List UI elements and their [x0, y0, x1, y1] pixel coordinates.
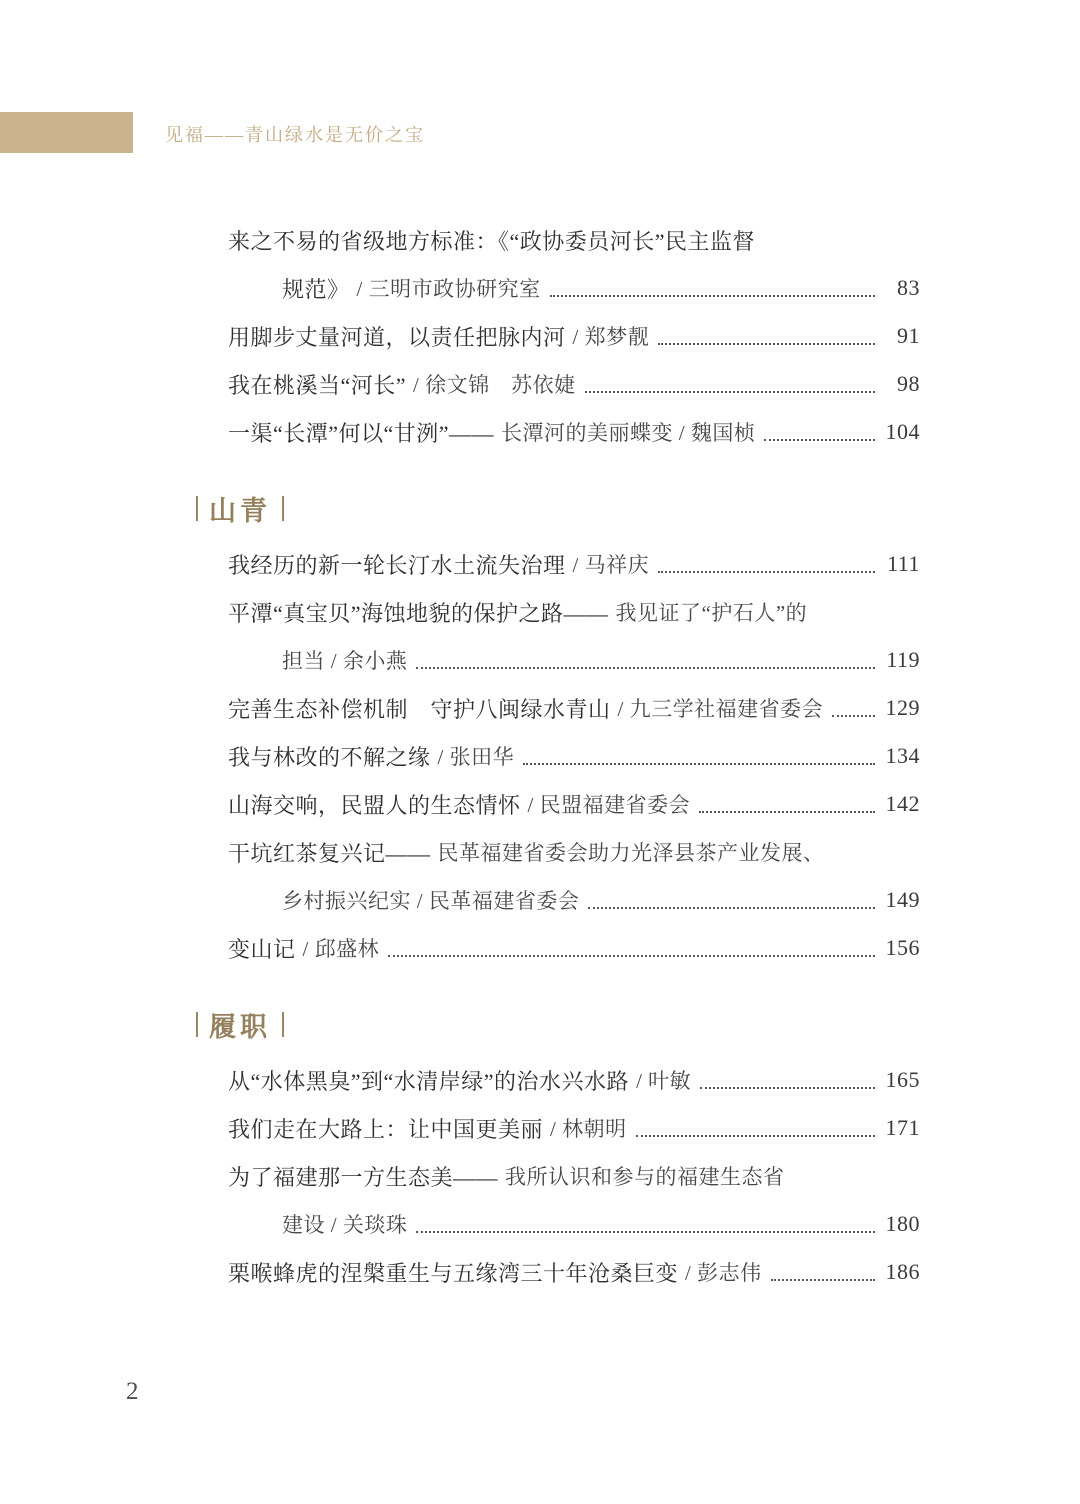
entry-page-number: 104: [880, 419, 920, 445]
entry-author-text: / 马祥庆: [573, 549, 650, 579]
entry-page-number: 129: [880, 695, 920, 721]
entry-page-number: 83: [880, 275, 920, 301]
toc-entry-line: 干坑红茶复兴记——民革福建省委会助力光泽县茶产业发展、: [228, 828, 920, 876]
entry-title-text: 完善生态补偿机制 守护八闽绿水青山: [228, 693, 611, 724]
entry-title-text: 我经历的新一轮长汀水土流失治理: [228, 549, 566, 580]
entry-page-number: 149: [880, 887, 920, 913]
entry-title-text: 平潭“真宝贝”海蚀地貌的保护之路——: [228, 597, 609, 628]
entry-page-number: 134: [880, 743, 920, 769]
toc-entry-line: 山海交响，民盟人的生态情怀/ 民盟福建省委会142: [228, 780, 920, 828]
entry-title-text: 干坑红茶复兴记——: [228, 837, 431, 868]
entry-author-text: / 三明市政协研究室: [357, 273, 541, 303]
dotted-leader: [658, 556, 875, 573]
entry-title-text: 来之不易的省级地方标准：《“政协委员河长”民主监督: [228, 225, 755, 256]
section-marker-bar: [282, 1012, 284, 1037]
entry-author-text: / 徐文锦 苏依婕: [413, 369, 576, 399]
toc-entry-line: 变山记/ 邱盛林156: [228, 924, 920, 972]
entry-page-number: 186: [880, 1259, 920, 1285]
dotted-leader: [771, 1264, 875, 1281]
entry-author-text: / 叶敏: [636, 1065, 691, 1095]
entry-author-text: / 林朝明: [550, 1113, 627, 1143]
toc-entry-line: 用脚步丈量河道，以责任把脉内河/ 郑梦靓91: [228, 312, 920, 360]
entry-title-text: 我与林改的不解之缘: [228, 741, 431, 772]
toc-entry-line: 栗喉蜂虎的涅槃重生与五缘湾三十年沧桑巨变/ 彭志伟186: [228, 1248, 920, 1296]
entry-author-text: / 郑梦靓: [573, 321, 650, 351]
entry-author-text: / 九三学社福建省委会: [618, 693, 824, 723]
entry-author-text: 我所认识和参与的福建生态省: [505, 1161, 785, 1191]
entry-title-text: 我们走在大路上：让中国更美丽: [228, 1113, 543, 1144]
entry-author-text: / 张田华: [438, 741, 515, 771]
entry-page-number: 98: [880, 371, 920, 397]
entry-title-text: 从“水体黑臭”到“水清岸绿”的治水兴水路: [228, 1065, 629, 1096]
section-marker-bar: [196, 496, 198, 521]
entry-author-text: 乡村振兴纪实 / 民革福建省委会: [282, 885, 579, 915]
dotted-leader: [416, 1216, 875, 1233]
dotted-leader: [764, 424, 875, 441]
dotted-leader: [416, 652, 875, 669]
entry-author-text: / 民盟福建省委会: [528, 789, 691, 819]
entry-author-text: 建设 / 关琰珠: [282, 1209, 407, 1239]
entry-page-number: 119: [880, 647, 920, 673]
dotted-leader: [388, 940, 875, 957]
section-title: 山青: [209, 489, 271, 528]
toc-entry-line: 我经历的新一轮长汀水土流失治理/ 马祥庆111: [228, 540, 920, 588]
toc-entry-line: 为了福建那一方生态美——我所认识和参与的福建生态省: [228, 1152, 920, 1200]
toc-entry-line: 我在桃溪当“河长”/ 徐文锦 苏依婕98: [228, 360, 920, 408]
toc-entry-line: 完善生态补偿机制 守护八闽绿水青山/ 九三学社福建省委会129: [228, 684, 920, 732]
entry-author-text: / 邱盛林: [303, 933, 380, 963]
entry-title-text: 规范》: [282, 273, 350, 304]
section-header: 履职: [193, 1000, 920, 1048]
section-marker-bar: [282, 496, 284, 521]
toc-entry-line: 我们走在大路上：让中国更美丽/ 林朝明171: [228, 1104, 920, 1152]
header-decoration-block: [0, 112, 133, 153]
entry-page-number: 91: [880, 323, 920, 349]
dotted-leader: [636, 1120, 875, 1137]
toc-entry-line: 乡村振兴纪实 / 民革福建省委会149: [228, 876, 920, 924]
section-title: 履职: [209, 1005, 271, 1044]
toc-entry-line: 担当 / 余小燕119: [228, 636, 920, 684]
dotted-leader: [700, 1072, 875, 1089]
entry-title-text: 山海交响，民盟人的生态情怀: [228, 789, 521, 820]
toc-entry-line: 我与林改的不解之缘/ 张田华134: [228, 732, 920, 780]
entry-author-text: 民革福建省委会助力光泽县茶产业发展、: [438, 837, 825, 867]
toc-entry-line: 从“水体黑臭”到“水清岸绿”的治水兴水路/ 叶敏165: [228, 1056, 920, 1104]
dotted-leader: [585, 376, 875, 393]
entry-page-number: 165: [880, 1067, 920, 1093]
entry-page-number: 156: [880, 935, 920, 961]
entry-author-text: 我见证了“护石人”的: [616, 597, 808, 627]
entry-author-text: 长潭河的美丽蝶变 / 魏国桢: [501, 417, 755, 447]
entry-author-text: / 彭志伟: [685, 1257, 762, 1287]
dotted-leader: [658, 328, 875, 345]
entry-author-text: 担当 / 余小燕: [282, 645, 407, 675]
dotted-leader: [550, 280, 875, 297]
dotted-leader: [832, 700, 875, 717]
entry-page-number: 111: [880, 551, 920, 577]
section-header: 山青: [193, 484, 920, 532]
entry-title-text: 为了福建那一方生态美——: [228, 1161, 498, 1192]
toc-entry-line: 来之不易的省级地方标准：《“政协委员河长”民主监督: [228, 216, 920, 264]
toc-entry-line: 一渠“长潭”何以“甘洌”——长潭河的美丽蝶变 / 魏国桢104: [228, 408, 920, 456]
section-marker-bar: [196, 1012, 198, 1037]
entry-title-text: 用脚步丈量河道，以责任把脉内河: [228, 321, 566, 352]
entry-title-text: 一渠“长潭”何以“甘洌”——: [228, 417, 494, 448]
toc-entry-line: 规范》/ 三明市政协研究室83: [228, 264, 920, 312]
book-toc-page: 见福——青山绿水是无价之宝 来之不易的省级地方标准：《“政协委员河长”民主监督规…: [0, 0, 1080, 1504]
entry-page-number: 180: [880, 1211, 920, 1237]
entry-title-text: 栗喉蜂虎的涅槃重生与五缘湾三十年沧桑巨变: [228, 1257, 678, 1288]
dotted-leader: [523, 748, 875, 765]
entry-title-text: 变山记: [228, 933, 296, 964]
table-of-contents: 来之不易的省级地方标准：《“政协委员河长”民主监督规范》/ 三明市政协研究室83…: [228, 216, 920, 1296]
entry-title-text: 我在桃溪当“河长”: [228, 369, 406, 400]
dotted-leader: [588, 892, 875, 909]
entry-page-number: 171: [880, 1115, 920, 1141]
page-number: 2: [126, 1378, 139, 1406]
toc-entry-line: 建设 / 关琰珠180: [228, 1200, 920, 1248]
running-header-title: 见福——青山绿水是无价之宝: [165, 121, 425, 147]
dotted-leader: [699, 796, 875, 813]
toc-entry-line: 平潭“真宝贝”海蚀地貌的保护之路——我见证了“护石人”的: [228, 588, 920, 636]
entry-page-number: 142: [880, 791, 920, 817]
